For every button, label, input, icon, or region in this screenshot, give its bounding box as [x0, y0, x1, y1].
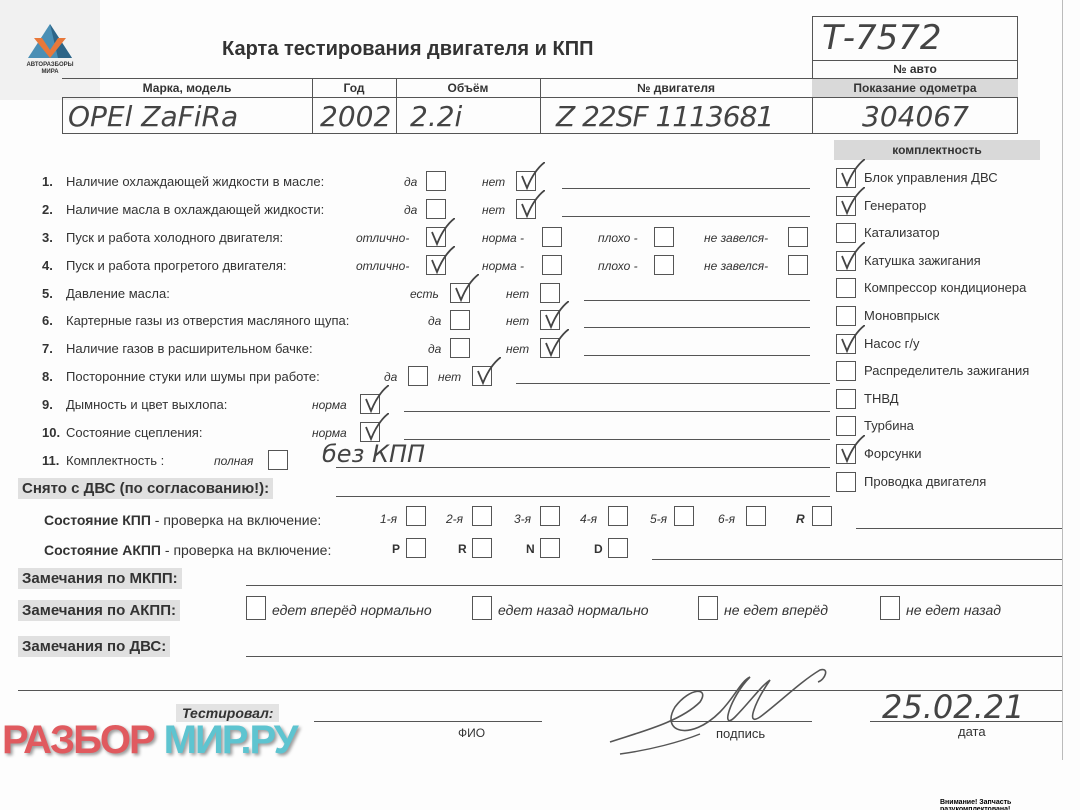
- check-option-label: да: [428, 314, 441, 328]
- completeness-checkbox[interactable]: [836, 444, 856, 464]
- check-row-label: Состояние сцепления:: [66, 425, 202, 440]
- akpp-remark-label: едет назад нормально: [498, 602, 649, 618]
- akpp-remark-label: едет вперёд нормально: [272, 602, 432, 618]
- check-option-label: нет: [506, 342, 529, 356]
- check-option-label: норма: [312, 426, 347, 440]
- completeness-item-label: Компрессор кондиционера: [864, 280, 1026, 295]
- remarks-akpp-label: Замечания по АКПП:: [18, 600, 180, 621]
- akpp-remark-checkbox[interactable]: [472, 596, 492, 620]
- akpp-gear-label: P: [392, 542, 400, 556]
- year-value: 2002: [320, 100, 391, 133]
- check-row-number: 7.: [42, 341, 53, 356]
- kpp-label-rest: - проверка на включение:: [151, 512, 321, 528]
- check-option-label: норма -: [482, 231, 524, 245]
- fio-caption: ФИО: [458, 726, 485, 740]
- check-row-label: Пуск и работа холодного двигателя:: [66, 230, 283, 245]
- check-option-box[interactable]: [426, 255, 446, 275]
- check-row-number: 1.: [42, 174, 53, 189]
- check-option-box[interactable]: [540, 310, 560, 330]
- check-row-number: 5.: [42, 286, 53, 301]
- check-option-box[interactable]: [540, 338, 560, 358]
- kpp-gear-checkbox[interactable]: [540, 506, 560, 526]
- remarks-dvs-label: Замечания по ДВС:: [18, 636, 170, 657]
- kpp-gear-checkbox[interactable]: [812, 506, 832, 526]
- watermark-part2: МИР.РУ: [164, 718, 297, 762]
- check-row-label: Посторонние стуки или шумы при работе:: [66, 369, 320, 384]
- check-option-label: нет: [506, 287, 529, 301]
- completeness-item-label: Моновпрыск: [864, 308, 939, 323]
- kpp-notes-line[interactable]: [856, 528, 1062, 529]
- check-option-label: норма: [312, 398, 347, 412]
- check-row-number: 6.: [42, 313, 53, 328]
- akpp-remark-checkbox[interactable]: [246, 596, 266, 620]
- check-option-box[interactable]: [450, 338, 470, 358]
- akpp-label: Состояние АКПП - проверка на включение:: [44, 542, 331, 558]
- completeness-checkbox[interactable]: [836, 196, 856, 216]
- col-header-year: Год: [312, 81, 396, 95]
- kpp-gear-label: 5-я: [650, 512, 667, 526]
- vehicle-number-value: Т-7572: [822, 18, 942, 58]
- check-option-label: нет: [438, 370, 461, 384]
- check-option-box[interactable]: [472, 366, 492, 386]
- akpp-label-bold: Состояние АКПП: [44, 542, 161, 558]
- check-row-notes-line[interactable]: [404, 411, 830, 412]
- check-row-label: Наличие масла в охлаждающей жидкости:: [66, 202, 324, 217]
- completeness-checkbox[interactable]: [836, 251, 856, 271]
- check-option-box[interactable]: [654, 227, 674, 247]
- check-option-label: нет: [482, 175, 505, 189]
- kpp-gear-label: 4-я: [580, 512, 597, 526]
- completeness-item-label: Форсунки: [864, 446, 921, 461]
- footer-note: Внимание! Запчасть разукомплектована!: [940, 799, 1080, 810]
- kpp-gear-label: 2-я: [446, 512, 463, 526]
- logo-line2: МИРА: [0, 69, 100, 76]
- date-line[interactable]: [870, 721, 1062, 722]
- kpp-gear-checkbox[interactable]: [406, 506, 426, 526]
- remarks-mkpp-label: Замечания по МКПП:: [18, 568, 182, 589]
- check-option-box[interactable]: [268, 450, 288, 470]
- akpp-remark-checkbox[interactable]: [880, 596, 900, 620]
- page-title: Карта тестирования двигателя и КПП: [222, 38, 593, 61]
- check-row-notes-line[interactable]: [584, 300, 810, 301]
- kpp-gear-checkbox[interactable]: [608, 506, 628, 526]
- completeness-checkbox[interactable]: [836, 472, 856, 492]
- watermark: РАЗБОРМИР.РУ: [2, 718, 297, 763]
- check-option-label: да: [384, 370, 397, 384]
- check-row-notes-line[interactable]: [562, 188, 810, 189]
- completeness-item-label: Блок управления ДВС: [864, 170, 998, 185]
- akpp-gear-checkbox[interactable]: [472, 538, 492, 558]
- akpp-gear-checkbox[interactable]: [406, 538, 426, 558]
- engine-number-value: Z 22SF 1113681: [556, 100, 773, 133]
- check-row-label: Картерные газы из отверстия масляного щу…: [66, 313, 349, 328]
- check-option-label: не завелся-: [704, 231, 768, 245]
- kpp-gear-checkbox[interactable]: [472, 506, 492, 526]
- check-row-number: 2.: [42, 202, 53, 217]
- completeness-item-label: Турбина: [864, 418, 914, 433]
- divider: [812, 60, 1018, 61]
- remarks-dvs-line[interactable]: [246, 656, 1062, 657]
- check-option-label: есть: [410, 287, 439, 301]
- check-option-label: да: [404, 203, 417, 217]
- col-header-volume: Объём: [396, 81, 540, 95]
- check-row-notes-line[interactable]: [584, 327, 810, 328]
- completeness-item-label: Катушка зажигания: [864, 253, 981, 268]
- fio-line[interactable]: [314, 721, 542, 722]
- check-row-label: Давление масла:: [66, 286, 170, 301]
- check-option-label: плохо -: [598, 259, 638, 273]
- date-caption: дата: [958, 724, 986, 739]
- completeness-item-label: Генератор: [864, 198, 926, 213]
- check-option-box[interactable]: [540, 283, 560, 303]
- akpp-gear-checkbox[interactable]: [608, 538, 628, 558]
- akpp-gear-label: R: [458, 542, 467, 556]
- akpp-gear-label: D: [594, 542, 603, 556]
- check-option-label: нет: [482, 203, 505, 217]
- check-option-label: не завелся-: [704, 259, 768, 273]
- akpp-gear-label: N: [526, 542, 535, 556]
- check-row-label: Комплектность :: [66, 453, 164, 468]
- completeness-item-label: Проводка двигателя: [864, 474, 986, 489]
- divider: [812, 16, 1018, 17]
- check-option-label: да: [428, 342, 441, 356]
- completeness-checkbox[interactable]: [836, 223, 856, 243]
- completeness-note-value: без КПП: [322, 440, 425, 468]
- check-option-box[interactable]: [426, 227, 446, 247]
- completeness-item-label: Катализатор: [864, 225, 940, 240]
- kpp-gear-checkbox[interactable]: [674, 506, 694, 526]
- check-row-notes-line[interactable]: [584, 355, 810, 356]
- completeness-checkbox[interactable]: [836, 416, 856, 436]
- completeness-item-label: Насос г/у: [864, 336, 919, 351]
- kpp-gear-label: R: [796, 512, 805, 526]
- check-option-box[interactable]: [788, 227, 808, 247]
- check-row-notes-line[interactable]: [562, 216, 810, 217]
- form-border: [1062, 0, 1063, 760]
- kpp-label: Состояние КПП - проверка на включение:: [44, 512, 321, 528]
- col-header-odometer: Показание одометра: [812, 81, 1018, 95]
- completeness-checkbox[interactable]: [836, 306, 856, 326]
- check-option-box[interactable]: [788, 255, 808, 275]
- check-option-box[interactable]: [450, 310, 470, 330]
- check-row-number: 11.: [42, 453, 59, 468]
- mountain-v-logo-icon: [28, 24, 72, 60]
- completeness-checkbox[interactable]: [836, 389, 856, 409]
- check-option-box[interactable]: [516, 199, 536, 219]
- check-option-box[interactable]: [654, 255, 674, 275]
- completeness-checkbox[interactable]: [836, 278, 856, 298]
- kpp-gear-label: 3-я: [514, 512, 531, 526]
- vehicle-number-label: № авто: [812, 62, 1018, 76]
- remarks-mkpp-line[interactable]: [246, 585, 1062, 586]
- removed-from-engine-line[interactable]: [336, 496, 830, 497]
- check-option-label: да: [404, 175, 417, 189]
- akpp-remark-checkbox[interactable]: [698, 596, 718, 620]
- completeness-checkbox[interactable]: [836, 361, 856, 381]
- akpp-notes-line[interactable]: [652, 559, 1062, 560]
- divider: [62, 97, 63, 133]
- check-option-box[interactable]: [426, 199, 446, 219]
- completeness-item-label: Распределитель зажигания: [864, 363, 1029, 378]
- check-option-box[interactable]: [408, 366, 428, 386]
- completeness-checkbox[interactable]: [836, 334, 856, 354]
- col-header-engine-no: № двигателя: [540, 81, 812, 95]
- check-row-number: 4.: [42, 258, 53, 273]
- check-row-label: Наличие газов в расширительном бачке:: [66, 341, 313, 356]
- odometer-value: 304067: [862, 100, 969, 133]
- check-option-label: отлично-: [356, 259, 409, 273]
- check-option-box[interactable]: [516, 171, 536, 191]
- kpp-gear-label: 6-я: [718, 512, 735, 526]
- akpp-remark-label: не едет вперёд: [724, 602, 828, 618]
- completeness-item-label: ТНВД: [864, 391, 899, 406]
- check-option-label: норма -: [482, 259, 524, 273]
- check-option-box[interactable]: [542, 227, 562, 247]
- completeness-checkbox[interactable]: [836, 168, 856, 188]
- akpp-remark-label: не едет назад: [906, 602, 1001, 618]
- akpp-label-rest: - проверка на включение:: [161, 542, 331, 558]
- volume-value: 2.2i: [410, 100, 462, 133]
- completeness-header: комплектность: [834, 143, 1040, 157]
- watermark-part1: РАЗБОР: [2, 718, 154, 762]
- check-option-box[interactable]: [450, 283, 470, 303]
- check-row-label: Дымность и цвет выхлопа:: [66, 397, 227, 412]
- check-option-label: отлично-: [356, 231, 409, 245]
- check-row-number: 3.: [42, 230, 53, 245]
- check-row-number: 8.: [42, 369, 53, 384]
- check-row-number: 9.: [42, 397, 53, 412]
- check-option-label: плохо -: [598, 231, 638, 245]
- akpp-gear-checkbox[interactable]: [540, 538, 560, 558]
- kpp-label-bold: Состояние КПП: [44, 512, 151, 528]
- kpp-gear-checkbox[interactable]: [746, 506, 766, 526]
- check-option-box[interactable]: [426, 171, 446, 191]
- removed-from-engine-label: Снято с ДВС (по согласованию!):: [18, 478, 273, 499]
- check-row-label: Наличие охлаждающей жидкости в масле:: [66, 174, 324, 189]
- check-option-label: полная: [214, 454, 253, 468]
- check-row-label: Пуск и работа прогретого двигателя:: [66, 258, 286, 273]
- make-model-value: OPEl ZaFiRa: [68, 100, 238, 133]
- check-row-notes-line[interactable]: [516, 383, 830, 384]
- check-option-label: нет: [506, 314, 529, 328]
- col-header-make-model: Марка, модель: [62, 81, 312, 95]
- logo-line1: АВТОРАЗБОРЫ: [0, 62, 100, 69]
- check-option-box[interactable]: [542, 255, 562, 275]
- check-row-number: 10.: [42, 425, 60, 440]
- check-option-box[interactable]: [360, 394, 380, 414]
- signature-scribble-icon: [600, 662, 840, 762]
- check-row-notes-line[interactable]: [404, 439, 830, 440]
- check-option-box[interactable]: [360, 422, 380, 442]
- kpp-gear-label: 1-я: [380, 512, 397, 526]
